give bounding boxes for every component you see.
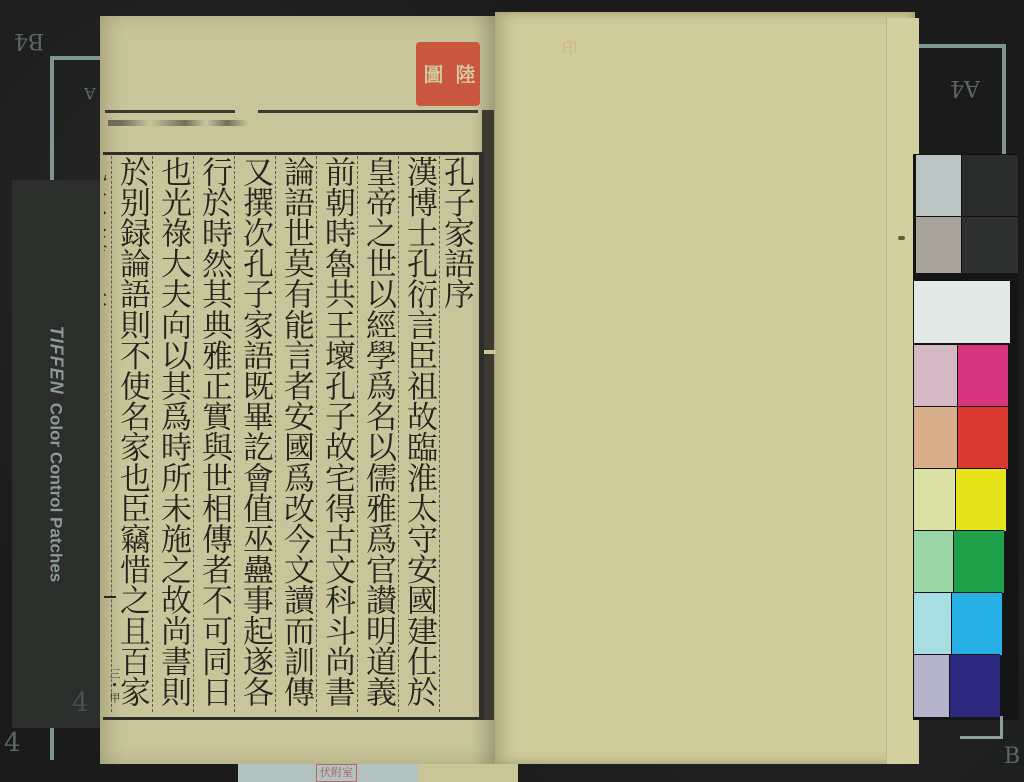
frame-title-suffix: 序 [104, 290, 107, 316]
patch-green [953, 530, 1004, 593]
patch-mint [913, 530, 954, 593]
patch-magenta [957, 344, 1008, 407]
bottom-paper-slip [418, 764, 518, 782]
top-rule-right [258, 110, 478, 113]
patch-dark-gray-bottom [961, 216, 1018, 273]
patch-navy [949, 654, 1000, 717]
mat-frame-right [918, 44, 1006, 160]
text-column: 於别録論語則不使名家也臣竊惜之且百家章句 [111, 156, 152, 712]
patch-light-gray [915, 154, 962, 217]
collector-seal: 圖 陸 [416, 42, 480, 106]
text-column: 又撰次孔子家語既畢訖會值巫蠱事起遂各廢不 [234, 156, 275, 712]
mat-label-4: 4 [4, 728, 21, 758]
text-column: 皇帝之世以經學爲名以儒雅爲官讃明道義見稱 [357, 156, 398, 712]
patch-peach [913, 406, 958, 469]
top-smudge [108, 120, 248, 126]
text-column: 前朝時魯共王壞孔子故宅得古文科斗尚書孝經 [316, 156, 357, 712]
mat-label-b: B [1004, 744, 1020, 769]
mat-label-b4: B4 [14, 28, 44, 53]
text-columns: 孔子家語序 漢博士孔衍言臣祖故臨淮太守安國建仕於孝武 皇帝之世以經學爲名以儒雅爲… [104, 156, 476, 712]
text-column: 漢博士孔衍言臣祖故臨淮太守安國建仕於孝武 [398, 156, 439, 712]
text-column: 行於時然其典雅正實與世相傳者不可同日而論 [193, 156, 234, 712]
patch-mid-gray [915, 216, 962, 273]
text-column: 也光祿大夫向以其爲時所未施之故尚書則不記 [152, 156, 193, 712]
patch-pink [913, 344, 958, 407]
tiffen-calibration-strip: TIFFENColor Control Patches Blue Cyan Gr… [12, 180, 104, 728]
text-column: 論語世莫有能言者安國爲改今文讀而訓傳其義 [275, 156, 316, 712]
tiffen-brand: TIFFEN [47, 326, 67, 395]
patch-red [957, 406, 1008, 469]
seal-char: 陸 [454, 64, 474, 84]
page-number: 三•甲 [108, 668, 120, 703]
tiffen-number: 4 [72, 688, 89, 718]
right-page: 印 [495, 12, 915, 764]
paper-spot [898, 236, 905, 240]
frame-title: 孔子家語 [104, 156, 107, 260]
patch-white [913, 280, 1010, 343]
seal-char: 圖 [422, 64, 442, 84]
faint-seal-offset: 印 [510, 40, 580, 110]
patch-pale-cyan [913, 592, 952, 655]
chart-corner-frame [960, 716, 1003, 739]
bottom-stamp: 伏附室 [316, 764, 357, 782]
top-rule-left [105, 110, 235, 113]
patch-lavender [913, 654, 950, 717]
patch-cyan [951, 592, 1002, 655]
patch-yellow [955, 468, 1006, 531]
patch-dark-gray-top [961, 154, 1018, 217]
tiffen-label: TIFFENColor Control Patches [46, 326, 67, 582]
tiffen-title: Color Control Patches [47, 403, 66, 582]
column-title: 孔子家語序 [439, 156, 476, 712]
patch-pale-yellow [913, 468, 956, 531]
fold-edge-title: 孔子家語序 [104, 156, 111, 712]
fold-mark [104, 596, 116, 598]
color-chart [913, 154, 1019, 720]
